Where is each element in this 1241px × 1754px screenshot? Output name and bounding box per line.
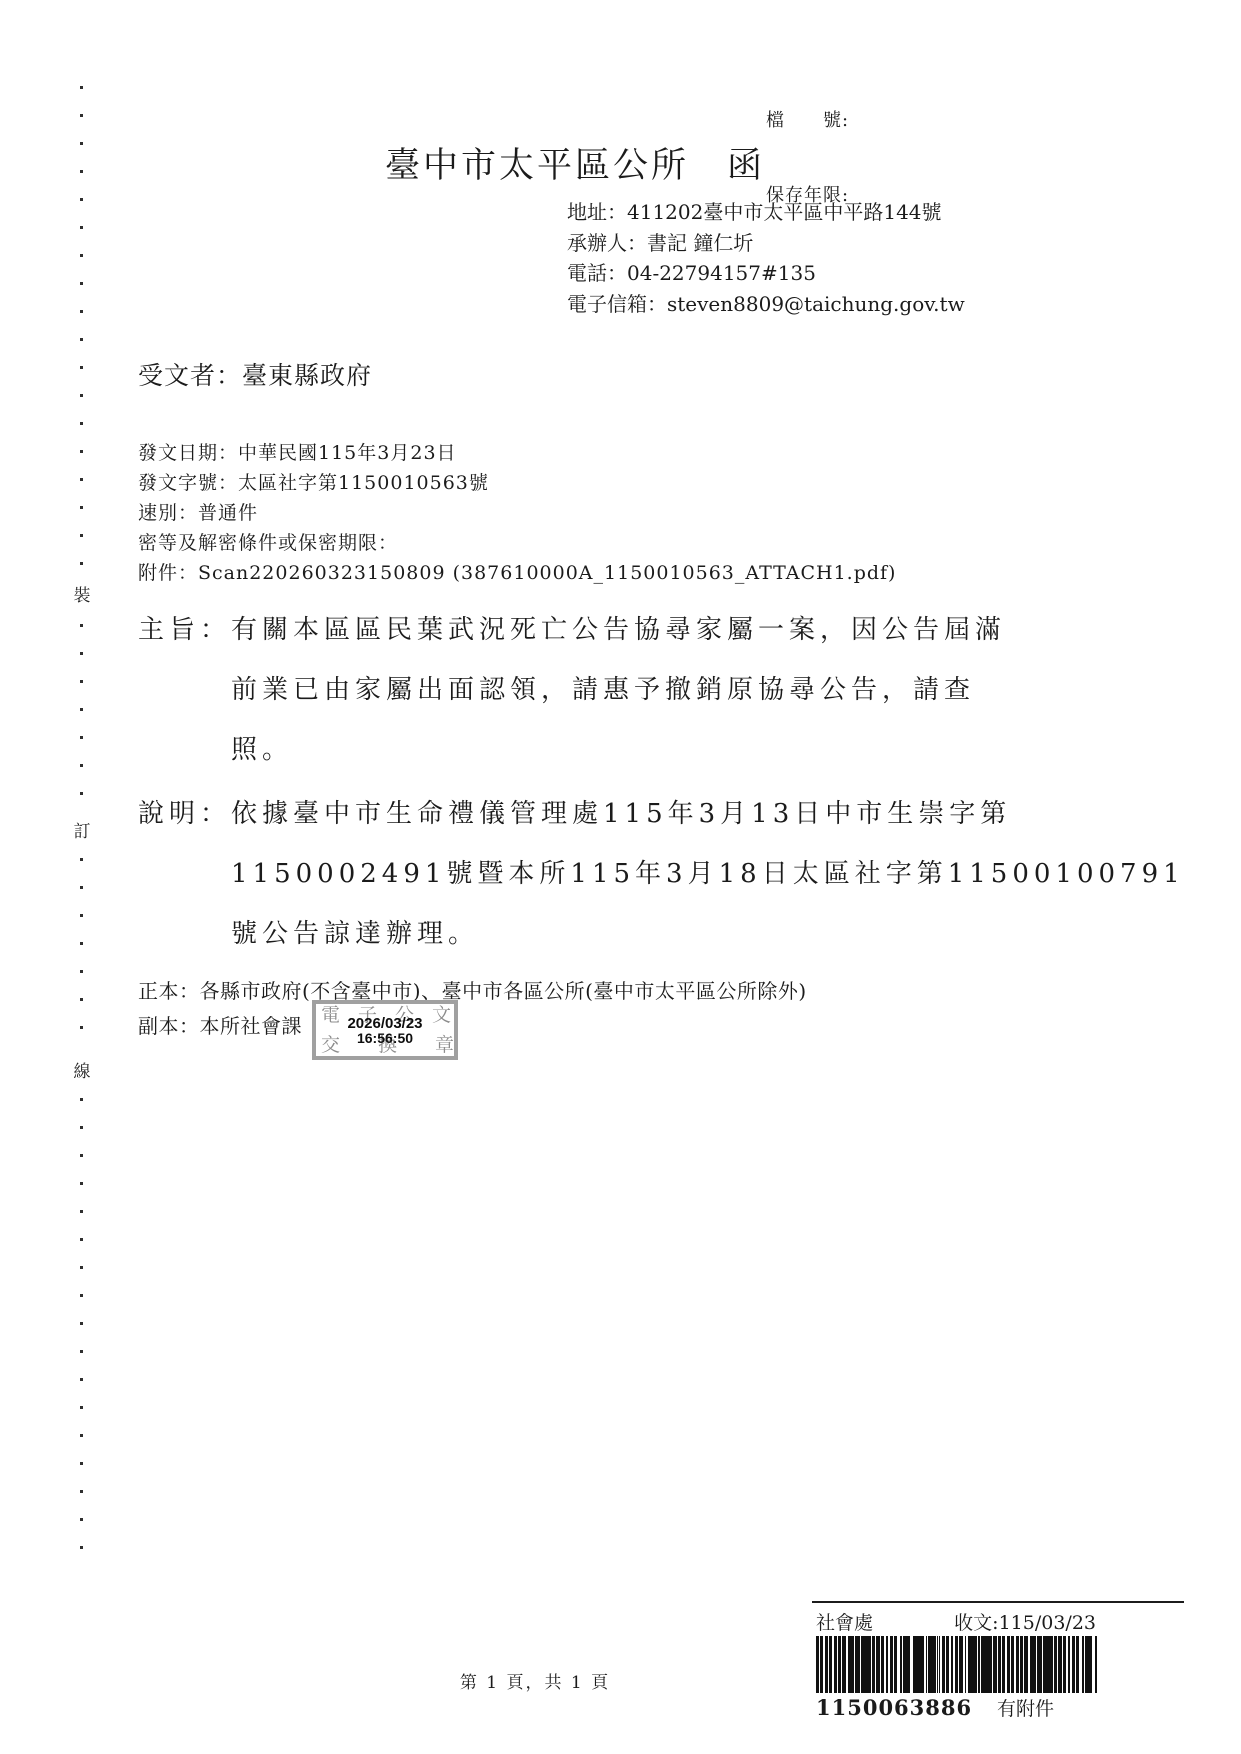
security-line: 密等及解密條件或保密期限： [138, 528, 896, 558]
sender-handler: 承辦人：書記 鐘仁圻 [567, 228, 965, 259]
description-text: 依據臺中市生命禮儀管理處115年3月13日中市生崇字第 1150002491號暨… [231, 784, 1185, 964]
subject-label: 主旨： [138, 600, 231, 660]
binding-dotted-line [80, 86, 83, 578]
binding-dotted-line [80, 624, 83, 808]
receipt-received-date: 收文:115/03/23 [954, 1608, 1096, 1635]
exchange-stamp-time: 16:56:50 [357, 1031, 413, 1045]
margin-mark-zhuang: 裝 [72, 586, 92, 606]
page-number-footer: 第 1 頁，共 1 頁 [375, 1668, 695, 1693]
binding-dotted-line [80, 858, 83, 1050]
description-line: 1150002491號暨本所115年3月18日太區社字第11500100791 [231, 844, 1185, 904]
official-letter-page: 裝 訂 線 檔 號: 保存年限: 臺中市太平區公所 函 地址：411202臺中市… [0, 0, 1241, 1754]
description-label: 說明： [138, 784, 231, 844]
description-line: 依據臺中市生命禮儀管理處115年3月13日中市生崇字第 [231, 784, 1185, 844]
sender-info: 地址：411202臺中市太平區中平路144號 承辦人：書記 鐘仁圻 電話：04-… [567, 197, 965, 319]
description-clause: 說明： 依據臺中市生命禮儀管理處115年3月13日中市生崇字第 11500024… [138, 784, 1138, 964]
issue-date-line: 發文日期：中華民國115年3月23日 [138, 438, 896, 468]
receipt-barcode [816, 1636, 1097, 1693]
file-number-label: 檔 號: [766, 108, 849, 133]
subject-text: 有關本區區民葉武況死亡公告協尋家屬一案，因公告屆滿 前業已由家屬出面認領，請惠予… [231, 600, 1138, 780]
receipt-department: 社會處 [816, 1608, 873, 1635]
carbon-copy-line: 副本：本所社會課 [138, 1010, 302, 1039]
exchange-stamp-date: 2026/03/23 [347, 1016, 422, 1031]
subject-line: 前業已由家屬出面認領，請惠予撤銷原協尋公告，請查 [231, 660, 1138, 720]
receipt-attachment-flag: 有附件 [997, 1694, 1054, 1721]
speed-line: 速別：普通件 [138, 498, 896, 528]
exchange-stamp-timestamp: 2026/03/23 16:56:50 [316, 1004, 454, 1056]
receipt-footer-row: 1150063886 有附件 [816, 1694, 1054, 1721]
receipt-header-row: 社會處 收文:115/03/23 [816, 1608, 1096, 1635]
binding-dotted-line [80, 1098, 83, 1550]
document-title: 臺中市太平區公所 函 [160, 138, 990, 188]
electronic-exchange-stamp: 電子公文 交換章 2026/03/23 16:56:50 [312, 1000, 458, 1060]
receipt-serial-number: 1150063886 [816, 1695, 972, 1720]
margin-mark-xian: 線 [72, 1062, 92, 1082]
receipt-divider-line [812, 1601, 1184, 1603]
description-line: 號公告諒達辦理。 [231, 904, 1185, 964]
subject-clause: 主旨： 有關本區區民葉武況死亡公告協尋家屬一案，因公告屆滿 前業已由家屬出面認領… [138, 600, 1138, 780]
subject-line: 有關本區區民葉武況死亡公告協尋家屬一案，因公告屆滿 [231, 600, 1138, 660]
sender-phone: 電話：04-22794157#135 [567, 258, 965, 289]
subject-line: 照。 [231, 720, 1138, 780]
original-copy-line: 正本：各縣市政府(不含臺中市)、臺中市各區公所(臺中市太平區公所除外) [138, 975, 807, 1004]
sender-address: 地址：411202臺中市太平區中平路144號 [567, 197, 965, 228]
doc-number-line: 發文字號：太區社字第1150010563號 [138, 468, 896, 498]
attachment-line: 附件：Scan220260323150809 (387610000A_11500… [138, 558, 896, 588]
recipient-line: 受文者：臺東縣政府 [138, 356, 372, 392]
sender-email: 電子信箱：steven8809@taichung.gov.tw [567, 289, 965, 320]
document-meta: 發文日期：中華民國115年3月23日 發文字號：太區社字第1150010563號… [138, 438, 896, 588]
margin-mark-ding: 訂 [72, 822, 92, 842]
